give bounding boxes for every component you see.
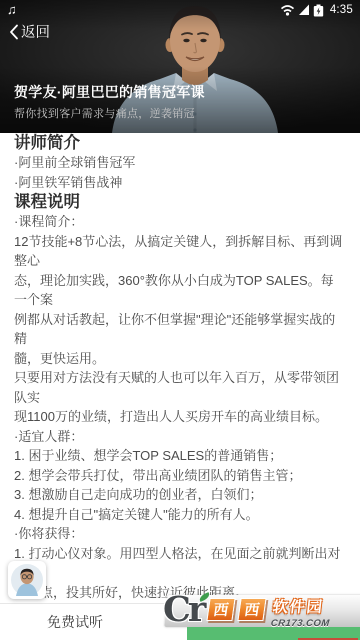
status-bar: ♫ 4:35 [0, 0, 360, 20]
instructor-avatar-icon [11, 564, 43, 596]
course-section-heading: 课程说明 [14, 192, 346, 212]
status-time: 4:35 [330, 4, 353, 16]
app-screen: ♫ 4:35 [0, 0, 360, 640]
course-hero: ♫ 4:35 [0, 0, 360, 133]
course-subtitle: 帮你找到客户需求与痛点，逆袭销冠 [14, 105, 205, 121]
audience-item: 3. 想激励自己走向成功的创业者，白领们； [14, 485, 346, 505]
signal-strength-icon [298, 4, 310, 16]
course-intro-paragraph: 12节技能+8节心法，从搞定关键人，到拆解目标、再到调整心 态，理论加实践，36… [14, 232, 346, 427]
instructor-credential: ·阿里铁军销售战神 [14, 173, 346, 193]
wifi-icon [280, 4, 295, 16]
back-chevron-icon [9, 24, 19, 40]
gains-label: ·你将获得： [14, 524, 346, 544]
free-trial-button[interactable]: 免费试听 [0, 604, 150, 640]
audience-item: 2. 想学会带兵打仗，带出高业绩团队的销售主管； [14, 466, 346, 486]
gains-item: 1. 打动心仪对象。用四型人格法，在见面之前就判断出对方性 [14, 544, 346, 583]
bottom-bar: 免费试听 [0, 603, 360, 640]
audience-item: 1. 困于业绩、想学会TOP SALES的普通销售； [14, 446, 346, 466]
music-note-icon: ♫ [7, 0, 17, 20]
back-button[interactable]: 返回 [9, 21, 50, 42]
audience-item: 4. 想提升自己"搞定关键人"能力的所有人。 [14, 505, 346, 525]
back-button-label: 返回 [21, 21, 50, 42]
course-description-scroll[interactable]: 讲师简介 ·阿里前全球销售冠军 ·阿里铁军销售战神 课程说明 ·课程简介： 12… [0, 133, 360, 640]
instructor-section-heading: 讲师简介 [14, 133, 346, 153]
battery-charging-icon [313, 4, 324, 17]
course-title: 贺学友·阿里巴巴的销售冠军课 [14, 83, 205, 101]
audience-label: ·适宜人群： [14, 427, 346, 447]
mini-player-avatar[interactable] [8, 561, 46, 599]
gains-item-continued: 格特点，投其所好，快速拉近彼此距离。 [14, 583, 346, 603]
instructor-credential: ·阿里前全球销售冠军 [14, 153, 346, 173]
course-intro-label: ·课程简介： [14, 212, 346, 232]
